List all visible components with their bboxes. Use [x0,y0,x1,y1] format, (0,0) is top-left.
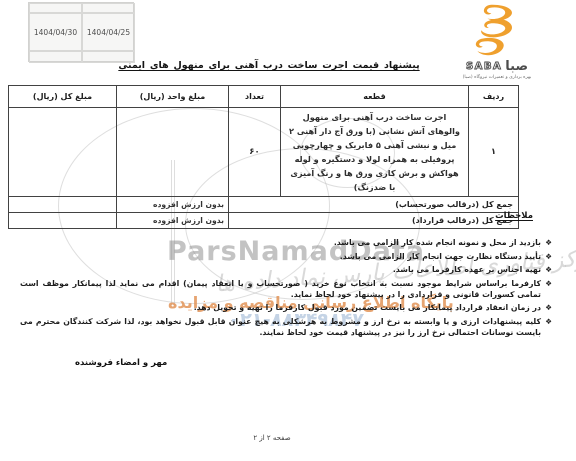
table-row: ۱ اجرت ساخت درب آهنی برای منهول والوهای … [9,108,519,197]
col-header-row-number: ردیف [469,86,519,108]
note-text: کلیه پیشنهادات ارزی و یا وابسته به نرخ ا… [20,316,541,338]
list-item: ❖ بازدید از محل و نمونه انجام شده کار ال… [20,237,552,248]
diamond-bullet-icon: ❖ [541,251,552,262]
total-price-cell[interactable] [9,108,117,197]
summary-row-invoice: جمع کل (درقالب صورتحساب) بدون ارزش افزود… [9,197,519,213]
note-text: بازدید از محل و نمونه انجام شده کار الزا… [20,237,541,248]
summary-invoice-total-cell[interactable] [9,197,117,213]
note-text: کارفرما براساس شرایط موجود نسبت به انتخا… [20,278,541,300]
saba-logo-farsi-text: صبا [505,59,528,74]
list-item: ❖ کارفرما براساس شرایط موجود نسبت به انت… [20,278,552,300]
pricing-table-header-row: ردیف قطعه تعداد مبلغ واحد (ریال) مبلغ کل… [9,86,519,108]
pricing-table: ردیف قطعه تعداد مبلغ واحد (ریال) مبلغ کل… [8,85,519,229]
part-description-cell: اجرت ساخت درب آهنی برای منهول والوهای آت… [281,108,469,197]
diamond-bullet-icon: ❖ [541,264,552,275]
col-header-unit-price: مبلغ واحد (ریال) [117,86,229,108]
date-grid: 1404/04/30 1404/04/25 [28,2,134,62]
summary-invoice-vat-note: بدون ارزش افزوده [117,197,229,213]
summary-row-contract: جمع کل (درقالب قرارداد) بدون ارزش افزوده [9,213,519,229]
note-text: تأیید دستگاه نظارت جهت انجام کار الزامی … [20,251,541,262]
note-text: در زمان انعقاد قرارداد پیمانکار می بایست… [20,302,541,313]
col-header-part: قطعه [281,86,469,108]
summary-contract-vat-note: بدون ارزش افزوده [117,213,229,229]
date-value-2: 1404/04/25 [82,13,135,51]
diamond-bullet-icon: ❖ [541,302,552,313]
list-item: ❖ تأیید دستگاه نظارت جهت انجام کار الزام… [20,251,552,262]
diamond-bullet-icon: ❖ [541,278,552,300]
seller-signature-label: مهر و امضاء فروشنده [75,358,167,368]
page-title: پیشنهاد قیمت اجرت ساخت درب آهنی برای منه… [69,60,469,71]
summary-invoice-label: جمع کل (درقالب صورتحساب) [229,197,519,213]
summary-contract-label: جمع کل (درقالب قرارداد) [229,213,519,229]
date-value-1: 1404/04/30 [29,13,82,51]
list-item: ❖ کلیه پیشنهادات ارزی و یا وابسته به نرخ… [20,316,552,338]
saba-logo-subtitle: بهره برداری و تعمیرات نیروگاه (صبا) [444,75,550,80]
date-grid-cell [82,3,135,13]
diamond-bullet-icon: ❖ [541,237,552,248]
quantity-cell: ۶۰ [229,108,281,197]
note-text: تهیه اجناس بر عهده کارفرما می باشد. [20,264,541,275]
list-item: ❖ در زمان انعقاد قرارداد پیمانکار می بای… [20,302,552,313]
notes-list: ❖ بازدید از محل و نمونه انجام شده کار ال… [20,237,552,340]
col-header-quantity: تعداد [229,86,281,108]
date-grid-cell [29,3,82,13]
row-number-cell: ۱ [469,108,519,197]
saba-logo-latin-text: SABA [466,61,502,72]
saba-logo-icon [450,4,528,58]
page-number: صفحه ۲ از ۲ [232,434,312,442]
col-header-total-price: مبلغ کل (ریال) [9,86,117,108]
summary-contract-total-cell[interactable] [9,213,117,229]
notes-heading: ملاحظات [495,211,533,221]
list-item: ❖ تهیه اجناس بر عهده کارفرما می باشد. [20,264,552,275]
document-page: ParsNamadData مرکز فناوری اطلاعات پارس ن… [0,0,576,461]
diamond-bullet-icon: ❖ [541,316,552,338]
unit-price-cell[interactable] [117,108,229,197]
